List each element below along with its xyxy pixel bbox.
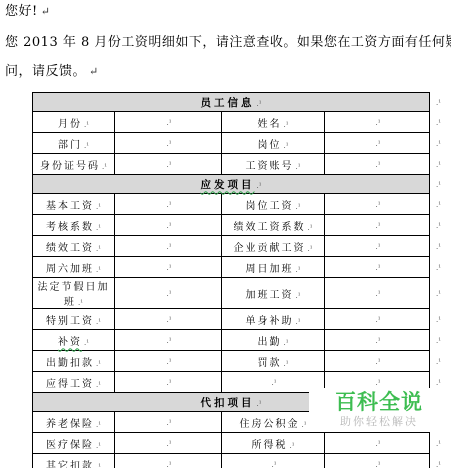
cell-end-mark: .¹: [257, 182, 262, 190]
cell-end-mark: .¹: [166, 264, 171, 272]
cell-end-mark: .¹: [295, 266, 300, 274]
cell-end-mark: .¹: [436, 264, 441, 272]
value-cell[interactable]: .¹: [115, 215, 222, 236]
label-cell: 法定节假日加班.¹: [33, 278, 115, 309]
cell-end-mark: .¹: [257, 400, 262, 408]
label-cell: 补资.¹: [33, 330, 115, 351]
value-cell[interactable]: .¹: [115, 112, 222, 133]
cell-end-mark: .¹: [376, 358, 381, 366]
row-end-mark-cell: .¹: [430, 257, 446, 278]
cell-label: 法定节假日加班: [38, 282, 110, 308]
label-cell: 岗位工资.¹: [222, 194, 325, 215]
table-row: 法定节假日加班.¹.¹加班工资.¹.¹.¹: [33, 278, 446, 309]
cell-label: 基本工资: [46, 201, 94, 212]
row-end-mark-cell: .¹: [430, 112, 446, 133]
cell-label: 所得税: [251, 440, 287, 451]
intro-line-1: 您 2013 年 8 月份工资明细如下，请注意查收。如果您在工资方面有任何疑: [5, 28, 451, 57]
value-cell[interactable]: .¹: [115, 454, 222, 468]
label-cell: 企业贡献工资.¹: [222, 236, 325, 257]
label-cell: 特别工资.¹: [33, 309, 115, 330]
cell-label: 绩效工资系数: [233, 222, 305, 233]
cell-end-mark: .¹: [376, 161, 381, 169]
section-title: 员工信息: [201, 97, 255, 109]
table-row: 其它扣款.¹.¹.¹.¹.¹: [33, 454, 446, 468]
label-cell: .¹: [222, 454, 325, 468]
cell-end-mark: .¹: [301, 421, 306, 429]
label-cell: 身份证号码.¹: [33, 154, 115, 175]
value-cell[interactable]: .¹: [325, 309, 430, 330]
value-cell[interactable]: .¹: [115, 278, 222, 309]
row-end-mark-cell: .¹: [430, 194, 446, 215]
cell-label: 工资账号: [245, 161, 293, 172]
cell-label: 单身补助: [245, 316, 293, 327]
label-cell: 周六加班.¹: [33, 257, 115, 278]
cell-end-mark: .¹: [436, 290, 441, 298]
value-cell[interactable]: .¹: [325, 278, 430, 309]
row-end-mark-cell: .¹: [430, 154, 446, 175]
cell-label: 部门: [58, 140, 82, 151]
cell-end-mark: .¹: [376, 222, 381, 230]
cell-end-mark: .¹: [436, 358, 441, 366]
cell-end-mark: .¹: [96, 203, 101, 211]
row-end-mark-cell: .¹: [430, 351, 446, 372]
cell-label: 出勤扣款: [46, 358, 94, 369]
label-cell: 周日加班.¹: [222, 257, 325, 278]
value-cell[interactable]: .¹: [115, 194, 222, 215]
cell-end-mark: .¹: [96, 381, 101, 389]
value-cell[interactable]: .¹: [115, 309, 222, 330]
cell-end-mark: .¹: [436, 161, 441, 169]
intro-line-2: 问，请反馈。↵: [5, 57, 451, 86]
value-cell[interactable]: .¹: [325, 351, 430, 372]
value-cell[interactable]: .¹: [325, 433, 430, 454]
row-end-mark-cell: .¹: [430, 215, 446, 236]
cell-end-mark: .¹: [289, 442, 294, 450]
table-row: 出勤扣款.¹.¹罚款.¹.¹.¹: [33, 351, 446, 372]
label-cell: 加班工资.¹: [222, 278, 325, 309]
value-cell[interactable]: .¹: [325, 194, 430, 215]
label-cell: 单身补助.¹: [222, 309, 325, 330]
cell-end-mark: .¹: [78, 299, 83, 307]
cell-end-mark: .¹: [96, 318, 101, 326]
cell-end-mark: .¹: [166, 243, 171, 251]
cell-end-mark: .¹: [166, 337, 171, 345]
cell-end-mark: .¹: [295, 203, 300, 211]
intro-paragraph: 您 2013 年 8 月份工资明细如下，请注意查收。如果您在工资方面有任何疑 问…: [5, 28, 451, 86]
cell-end-mark: .¹: [166, 290, 171, 298]
cell-label: 月份: [58, 119, 82, 130]
intro-line-2-text: 问，请反馈。: [5, 64, 86, 79]
cell-end-mark: .¹: [96, 224, 101, 232]
cell-end-mark: .¹: [166, 201, 171, 209]
cell-end-mark: .¹: [166, 119, 171, 127]
cell-end-mark: .¹: [271, 461, 276, 468]
cell-end-mark: .¹: [283, 360, 288, 368]
cell-end-mark: .¹: [376, 379, 381, 387]
value-cell[interactable]: .¹: [325, 154, 430, 175]
section-title: 代扣项目: [201, 397, 255, 409]
cell-label: 绩效工资: [46, 243, 94, 254]
cell-label: 出勤: [257, 337, 281, 348]
cell-end-mark: .¹: [376, 119, 381, 127]
cell-end-mark: .¹: [376, 140, 381, 148]
label-cell: 月份.¹: [33, 112, 115, 133]
value-cell[interactable]: .¹: [325, 454, 430, 468]
cell-label: 岗位: [257, 140, 281, 151]
cell-label: 岗位工资: [245, 201, 293, 212]
value-cell[interactable]: .¹: [115, 236, 222, 257]
label-cell: 医疗保险.¹: [33, 433, 115, 454]
value-cell[interactable]: .¹: [115, 351, 222, 372]
cell-end-mark: .¹: [96, 442, 101, 450]
cell-end-mark: .¹: [436, 201, 441, 209]
cell-label: 养老保险: [46, 419, 94, 430]
cell-end-mark: .¹: [96, 360, 101, 368]
label-cell: 出勤.¹: [222, 330, 325, 351]
cell-end-mark: .¹: [96, 266, 101, 274]
watermark-subtitle: 助你轻松解决: [340, 414, 418, 429]
cell-label: 罚款: [257, 358, 281, 369]
value-cell[interactable]: .¹: [115, 372, 222, 393]
table-row: 绩效工资.¹.¹企业贡献工资.¹.¹.¹: [33, 236, 446, 257]
cell-end-mark: .¹: [166, 222, 171, 230]
value-cell[interactable]: .¹: [115, 154, 222, 175]
value-cell[interactable]: .¹: [325, 236, 430, 257]
watermark-title: 百科全说: [335, 391, 423, 414]
section-header-cell: 应发项目.¹: [33, 175, 430, 194]
cell-end-mark: .¹: [436, 461, 441, 468]
value-cell[interactable]: .¹: [325, 215, 430, 236]
cell-end-mark: .¹: [96, 463, 101, 468]
document-page: 您好!↵ 您 2013 年 8 月份工资明细如下，请注意查收。如果您在工资方面有…: [0, 0, 451, 468]
cell-end-mark: .¹: [166, 161, 171, 169]
row-end-mark-cell: .¹: [430, 175, 446, 194]
cell-label: 企业贡献工资: [233, 243, 305, 254]
greeting-text: 您好!: [5, 4, 38, 19]
label-cell: 所得税.¹: [222, 433, 325, 454]
table-row: 补资.¹.¹出勤.¹.¹.¹: [33, 330, 446, 351]
table-row: 基本工资.¹.¹岗位工资.¹.¹.¹: [33, 194, 446, 215]
row-end-mark-cell: .¹: [430, 454, 446, 468]
value-cell[interactable]: .¹: [115, 133, 222, 154]
cell-end-mark: .¹: [436, 440, 441, 448]
label-cell: 其它扣款.¹: [33, 454, 115, 468]
cell-end-mark: .¹: [436, 337, 441, 345]
cell-label: 补资: [58, 337, 82, 348]
cell-end-mark: .¹: [84, 142, 89, 150]
cell-end-mark: .¹: [295, 318, 300, 326]
cell-label: 其它扣款: [46, 461, 94, 468]
cell-end-mark: .¹: [166, 140, 171, 148]
label-cell: 罚款.¹: [222, 351, 325, 372]
row-end-mark-cell: .¹: [430, 433, 446, 454]
label-cell: 考核系数.¹: [33, 215, 115, 236]
cell-end-mark: .¹: [166, 358, 171, 366]
cell-end-mark: .¹: [96, 245, 101, 253]
cell-label: 住房公积金: [239, 419, 299, 430]
cell-end-mark: .¹: [283, 121, 288, 129]
row-end-mark-cell: .¹: [430, 93, 446, 112]
label-cell: 绩效工资系数.¹: [222, 215, 325, 236]
cell-end-mark: .¹: [376, 290, 381, 298]
cell-end-mark: .¹: [436, 181, 441, 189]
cell-label: 加班工资: [245, 290, 293, 301]
cell-label: 身份证号码: [40, 161, 100, 172]
cell-end-mark: .¹: [436, 379, 441, 387]
label-cell: 出勤扣款.¹: [33, 351, 115, 372]
cell-end-mark: .¹: [166, 316, 171, 324]
label-cell: 绩效工资.¹: [33, 236, 115, 257]
row-end-mark-cell: .¹: [430, 133, 446, 154]
table-row: 身份证号码.¹.¹工资账号.¹.¹.¹: [33, 154, 446, 175]
cell-label: 周六加班: [46, 264, 94, 275]
cell-end-mark: .¹: [166, 461, 171, 468]
cell-end-mark: .¹: [102, 163, 107, 171]
cell-label: 周日加班: [245, 264, 293, 275]
table-row: 月份.¹.¹姓名.¹.¹.¹: [33, 112, 446, 133]
cell-end-mark: .¹: [271, 379, 276, 387]
label-cell: 部门.¹: [33, 133, 115, 154]
label-cell: 养老保险.¹: [33, 412, 115, 433]
cell-label: 姓名: [257, 119, 281, 130]
cell-end-mark: .¹: [376, 337, 381, 345]
table-row: 周六加班.¹.¹周日加班.¹.¹.¹: [33, 257, 446, 278]
cell-end-mark: .¹: [283, 339, 288, 347]
row-end-mark-cell: .¹: [430, 236, 446, 257]
label-cell: 工资账号.¹: [222, 154, 325, 175]
value-cell[interactable]: .¹: [325, 133, 430, 154]
row-end-mark-cell: .¹: [430, 330, 446, 351]
watermark: 百科全说 助你轻松解决: [309, 388, 449, 432]
label-cell: 应得工资.¹: [33, 372, 115, 393]
cell-end-mark: .¹: [376, 461, 381, 468]
section-header-row: 员工信息.¹.¹: [33, 93, 446, 112]
cell-end-mark: .¹: [436, 222, 441, 230]
value-cell[interactable]: .¹: [325, 257, 430, 278]
cell-end-mark: .¹: [376, 264, 381, 272]
cell-end-mark: .¹: [84, 121, 89, 129]
value-cell[interactable]: .¹: [115, 412, 222, 433]
paragraph-mark: ↵: [41, 5, 50, 18]
table-row: 医疗保险.¹.¹所得税.¹.¹.¹: [33, 433, 446, 454]
label-cell: 岗位.¹: [222, 133, 325, 154]
cell-end-mark: .¹: [283, 142, 288, 150]
cell-label: 特别工资: [46, 316, 94, 327]
paragraph-mark: ↵: [89, 65, 98, 78]
label-cell: 姓名.¹: [222, 112, 325, 133]
table-row: 特别工资.¹.¹单身补助.¹.¹.¹: [33, 309, 446, 330]
section-title: 应发项目: [201, 179, 255, 191]
greeting-line: 您好!↵: [5, 3, 451, 21]
cell-end-mark: .¹: [295, 292, 300, 300]
cell-end-mark: .¹: [166, 440, 171, 448]
value-cell[interactable]: .¹: [115, 330, 222, 351]
value-cell[interactable]: .¹: [115, 257, 222, 278]
cell-label: 医疗保险: [46, 440, 94, 451]
cell-end-mark: .¹: [166, 379, 171, 387]
value-cell[interactable]: .¹: [325, 112, 430, 133]
section-header-row: 应发项目.¹.¹: [33, 175, 446, 194]
cell-end-mark: .¹: [436, 316, 441, 324]
table-row: 部门.¹.¹岗位.¹.¹.¹: [33, 133, 446, 154]
cell-end-mark: .¹: [257, 100, 262, 108]
cell-end-mark: .¹: [376, 316, 381, 324]
row-end-mark-cell: .¹: [430, 309, 446, 330]
cell-end-mark: .¹: [166, 419, 171, 427]
cell-end-mark: .¹: [376, 201, 381, 209]
cell-end-mark: .¹: [376, 243, 381, 251]
cell-end-mark: .¹: [295, 163, 300, 171]
cell-end-mark: .¹: [436, 140, 441, 148]
cell-end-mark: .¹: [376, 440, 381, 448]
cell-end-mark: .¹: [307, 245, 312, 253]
cell-end-mark: .¹: [84, 339, 89, 347]
cell-label: 考核系数: [46, 222, 94, 233]
row-end-mark-cell: .¹: [430, 278, 446, 309]
cell-end-mark: .¹: [96, 421, 101, 429]
label-cell: 基本工资.¹: [33, 194, 115, 215]
value-cell[interactable]: .¹: [325, 330, 430, 351]
table-row: 考核系数.¹.¹绩效工资系数.¹.¹.¹: [33, 215, 446, 236]
cell-end-mark: .¹: [436, 119, 441, 127]
section-header-cell: 员工信息.¹: [33, 93, 430, 112]
cell-end-mark: .¹: [436, 243, 441, 251]
cell-label: 应得工资: [46, 379, 94, 390]
value-cell[interactable]: .¹: [115, 433, 222, 454]
cell-end-mark: .¹: [307, 224, 312, 232]
cell-end-mark: .¹: [436, 99, 441, 107]
